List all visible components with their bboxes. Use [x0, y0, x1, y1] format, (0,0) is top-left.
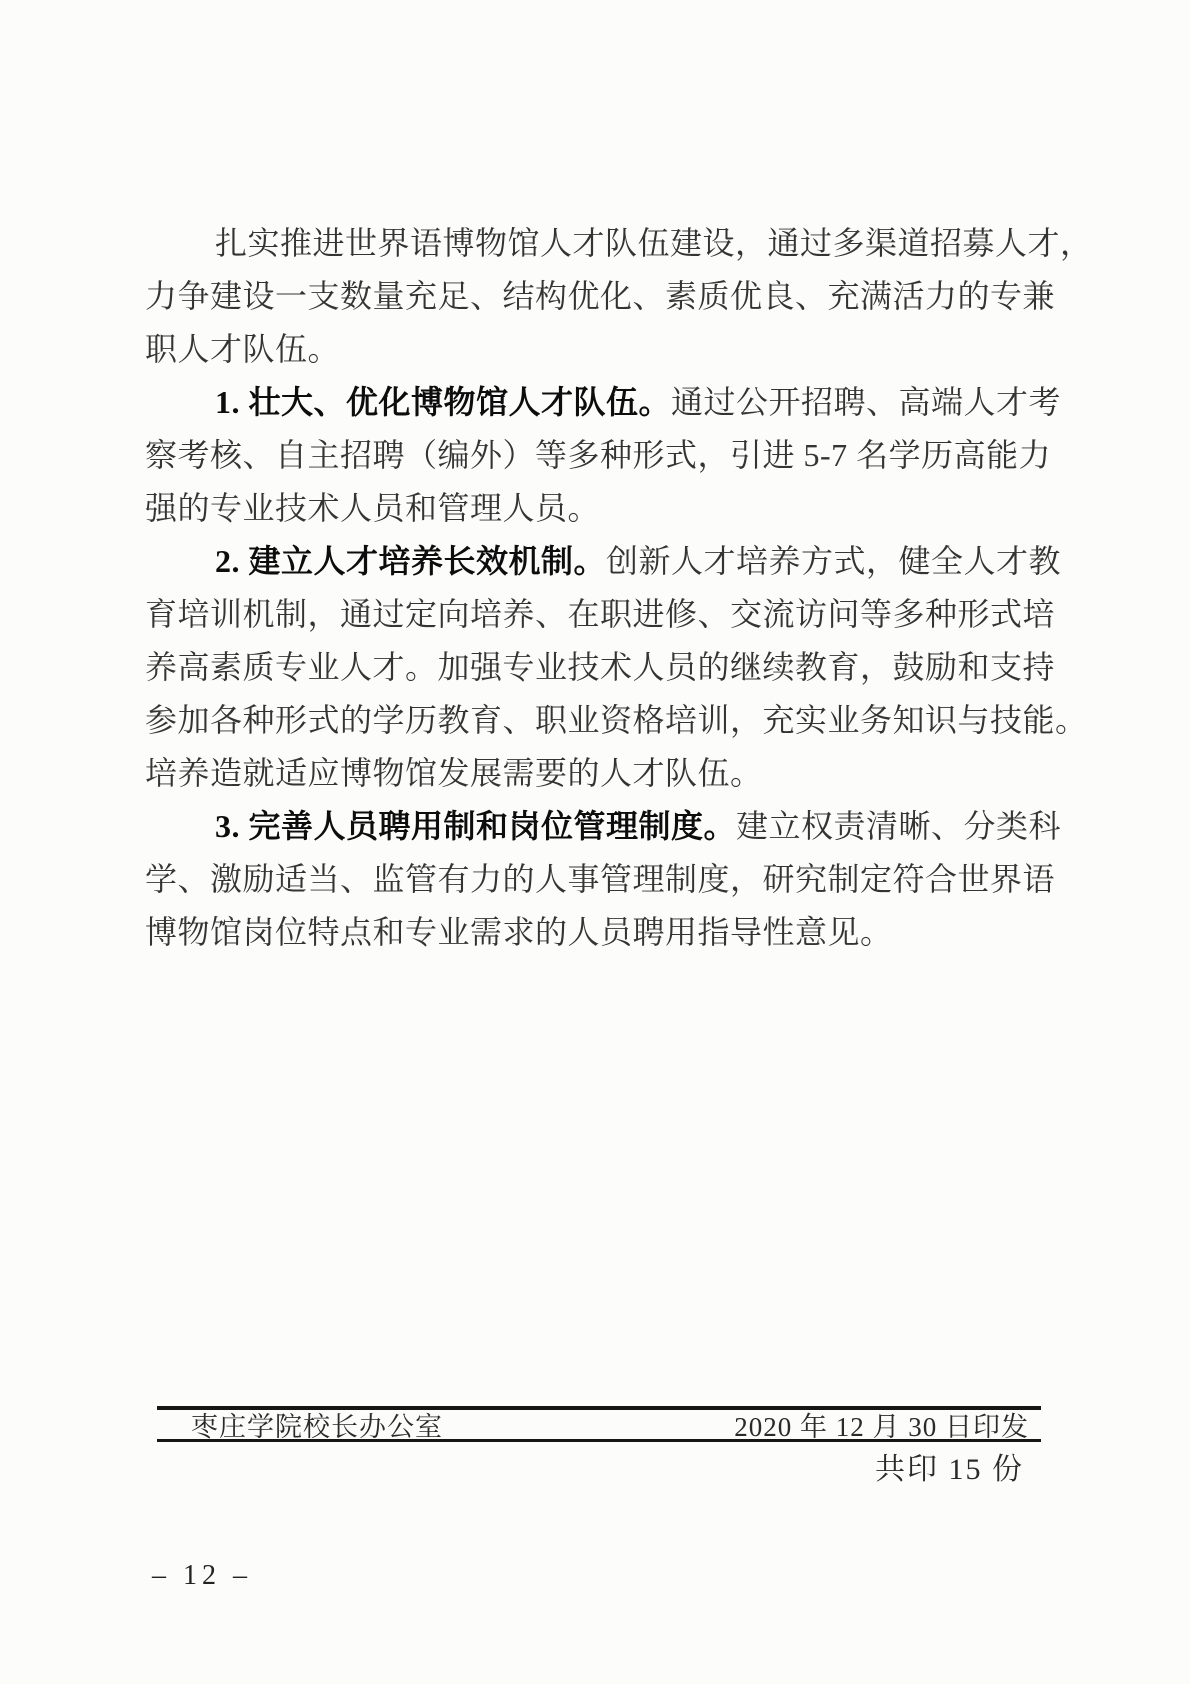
body-text-line: 养高素质专业人才。加强专业技术人员的继续教育，鼓励和支持 — [145, 641, 1065, 694]
body-text: 力争建设一支数量充足、结构优化、素质优良、充满活力的专兼 — [145, 278, 1055, 314]
body-text: 参加各种形式的学历教育、职业资格培训，充实业务知识与技能。 — [145, 702, 1088, 738]
page-number: – 12 – — [152, 1560, 252, 1592]
body-text: 育培训机制，通过定向培养、在职进修、交流访问等多种形式培 — [145, 596, 1055, 632]
body-text-line: 3. 完善人员聘用制和岗位管理制度。建立权责清晰、分类科 — [145, 800, 1065, 853]
print-date: 2020 年 12 月 30 日印发 — [734, 1405, 1029, 1444]
body-text-line: 育培训机制，通过定向培养、在职进修、交流访问等多种形式培 — [145, 588, 1065, 641]
body-text-line: 培养造就适应博物馆发展需要的人才队伍。 — [145, 747, 1065, 800]
body-text-line: 参加各种形式的学历教育、职业资格培训，充实业务知识与技能。 — [145, 694, 1065, 747]
body-text-line: 博物馆岗位特点和专业需求的人员聘用指导性意见。 — [145, 906, 1065, 959]
section-heading: 2. 建立人才培养长效机制。 — [215, 543, 606, 579]
body-text: 察考核、自主招聘（编外）等多种形式，引进 5-7 名学历高能力 — [145, 437, 1051, 473]
body-text: 培养造就适应博物馆发展需要的人才队伍。 — [145, 755, 763, 791]
body-text-line: 察考核、自主招聘（编外）等多种形式，引进 5-7 名学历高能力 — [145, 429, 1065, 482]
body-text: 通过公开招聘、高端人才考 — [671, 384, 1061, 420]
issuing-office: 枣庄学院校长办公室 — [191, 1405, 443, 1444]
body-text: 养高素质专业人才。加强专业技术人员的继续教育，鼓励和支持 — [145, 649, 1055, 685]
document-body: 扎实推进世界语博物馆人才队伍建设，通过多渠道招募人才， 力争建设一支数量充足、结… — [145, 217, 1065, 959]
body-text: 职人才队伍。 — [145, 331, 340, 367]
body-text: 扎实推进世界语博物馆人才队伍建设，通过多渠道招募人才， — [215, 225, 1093, 261]
body-text: 建立权责清晰、分类科 — [736, 808, 1061, 844]
body-text: 强的专业技术人员和管理人员。 — [145, 490, 600, 526]
body-text-line: 扎实推进世界语博物馆人才队伍建设，通过多渠道招募人才， — [145, 217, 1065, 270]
body-text: 学、激励适当、监管有力的人事管理制度，研究制定符合世界语 — [145, 861, 1055, 897]
body-text: 创新人才培养方式，健全人才教 — [606, 543, 1061, 579]
body-text-line: 1. 壮大、优化博物馆人才队伍。通过公开招聘、高端人才考 — [145, 376, 1065, 429]
body-text: 博物馆岗位特点和专业需求的人员聘用指导性意见。 — [145, 914, 893, 950]
body-text-line: 力争建设一支数量充足、结构优化、素质优良、充满活力的专兼 — [145, 270, 1065, 323]
body-text-line: 强的专业技术人员和管理人员。 — [145, 482, 1065, 535]
body-text-line: 2. 建立人才培养长效机制。创新人才培养方式，健全人才教 — [145, 535, 1065, 588]
body-text-line: 学、激励适当、监管有力的人事管理制度，研究制定符合世界语 — [145, 853, 1065, 906]
section-heading: 3. 完善人员聘用制和岗位管理制度。 — [215, 808, 736, 844]
document-page: 扎实推进世界语博物馆人才队伍建设，通过多渠道招募人才， 力争建设一支数量充足、结… — [0, 0, 1190, 1684]
colophon-rule-box: 枣庄学院校长办公室 2020 年 12 月 30 日印发 — [157, 1406, 1041, 1442]
body-text-line: 职人才队伍。 — [145, 323, 1065, 376]
section-heading: 1. 壮大、优化博物馆人才队伍。 — [215, 384, 671, 420]
print-count: 共印 15 份 — [875, 1444, 1024, 1488]
